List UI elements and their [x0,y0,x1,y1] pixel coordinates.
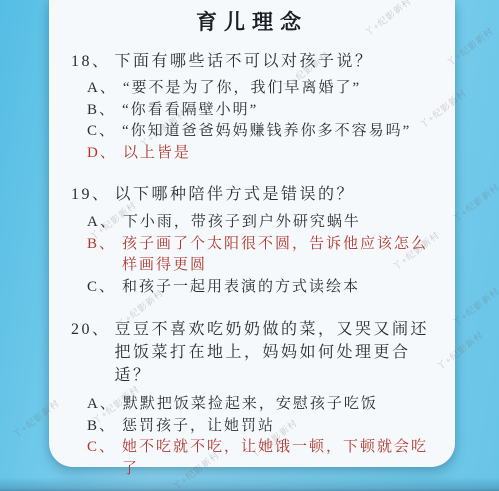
option-row: C、 和孩子一起用表演的方式读绘本 [87,277,433,299]
option-label: C、 [87,437,116,459]
question-heading: 20、 豆豆不喜欢吃奶奶做的菜，又哭又闹还把饭菜打在地上，妈妈如何处理更合适？ [71,318,433,387]
option-label: B、 [87,234,116,256]
option-row-answer: D、 以上皆是 [87,143,433,165]
option-text: 和孩子一起用表演的方式读绘本 [122,277,433,299]
option-label: B、 [87,416,116,438]
question-text: 下面有哪些话不可以对孩子说？ [115,50,433,73]
option-text: 以上皆是 [123,143,433,165]
option-row-answer: C、 她不吃就不吃，让她饿一顿，下顿就会吃了 [87,437,433,480]
option-row: A、 默默把饭菜捡起来，安慰孩子吃饭 [87,394,433,416]
option-row: A、 “要不是为了你，我们早离婚了” [87,78,433,100]
question-18: 18、 下面有哪些话不可以对孩子说？ A、 “要不是为了你，我们早离婚了” B、… [71,50,433,164]
option-text: “要不是为了你，我们早离婚了” [123,78,433,100]
option-text: 她不吃就不吃，让她饿一顿，下顿就会吃了 [122,437,433,480]
question-text: 豆豆不喜欢吃奶奶做的菜，又哭又闹还把饭菜打在地上，妈妈如何处理更合适？ [115,318,433,387]
question-number: 20、 [71,318,111,341]
option-label: A、 [87,212,117,234]
question-heading: 18、 下面有哪些话不可以对孩子说？ [71,50,433,73]
option-row: B、 惩罚孩子，让她罚站 [87,416,433,438]
options-list: A、 默默把饭菜捡起来，安慰孩子吃饭 B、 惩罚孩子，让她罚站 C、 她不吃就不… [71,394,433,480]
question-heading: 19、 以下哪种陪伴方式是错误的？ [71,183,433,206]
page-title: 育儿理念 [71,0,433,35]
options-list: A、 “要不是为了你，我们早离婚了” B、 “你看看隔壁小明” C、 “你知道爸… [71,78,433,164]
quiz-card: 育儿理念 18、 下面有哪些话不可以对孩子说？ A、 “要不是为了你，我们早离婚… [49,0,455,467]
option-row-answer: B、 孩子画了个太阳很不圆，告诉他应该怎么样画得更圆 [87,234,433,277]
question-text: 以下哪种陪伴方式是错误的？ [115,183,433,206]
option-label: C、 [87,121,116,143]
option-text: 惩罚孩子，让她罚站 [122,416,433,438]
option-label: A、 [87,394,117,416]
option-label: B、 [87,100,116,122]
question-number: 19、 [71,183,111,206]
question-19: 19、 以下哪种陪伴方式是错误的？ A、 下小雨，带孩子到户外研究蜗牛 B、 孩… [71,183,433,298]
question-20: 20、 豆豆不喜欢吃奶奶做的菜，又哭又闹还把饭菜打在地上，妈妈如何处理更合适？ … [71,318,433,480]
options-list: A、 下小雨，带孩子到户外研究蜗牛 B、 孩子画了个太阳很不圆，告诉他应该怎么样… [71,212,433,298]
option-row: A、 下小雨，带孩子到户外研究蜗牛 [87,212,433,234]
question-number: 18、 [71,50,111,73]
option-text: 默默把饭菜捡起来，安慰孩子吃饭 [123,394,433,416]
option-text: “你看看隔壁小明” [122,100,433,122]
option-text: 孩子画了个太阳很不圆，告诉他应该怎么样画得更圆 [122,234,433,277]
option-label: D、 [87,143,117,165]
bottom-shadow [0,477,499,491]
option-label: C、 [87,277,116,299]
option-text: 下小雨，带孩子到户外研究蜗牛 [123,212,433,234]
option-row: C、 “你知道爸爸妈妈赚钱养你多不容易吗” [87,121,433,143]
option-label: A、 [87,78,117,100]
option-text: “你知道爸爸妈妈赚钱养你多不容易吗” [122,121,433,143]
option-row: B、 “你看看隔壁小明” [87,100,433,122]
